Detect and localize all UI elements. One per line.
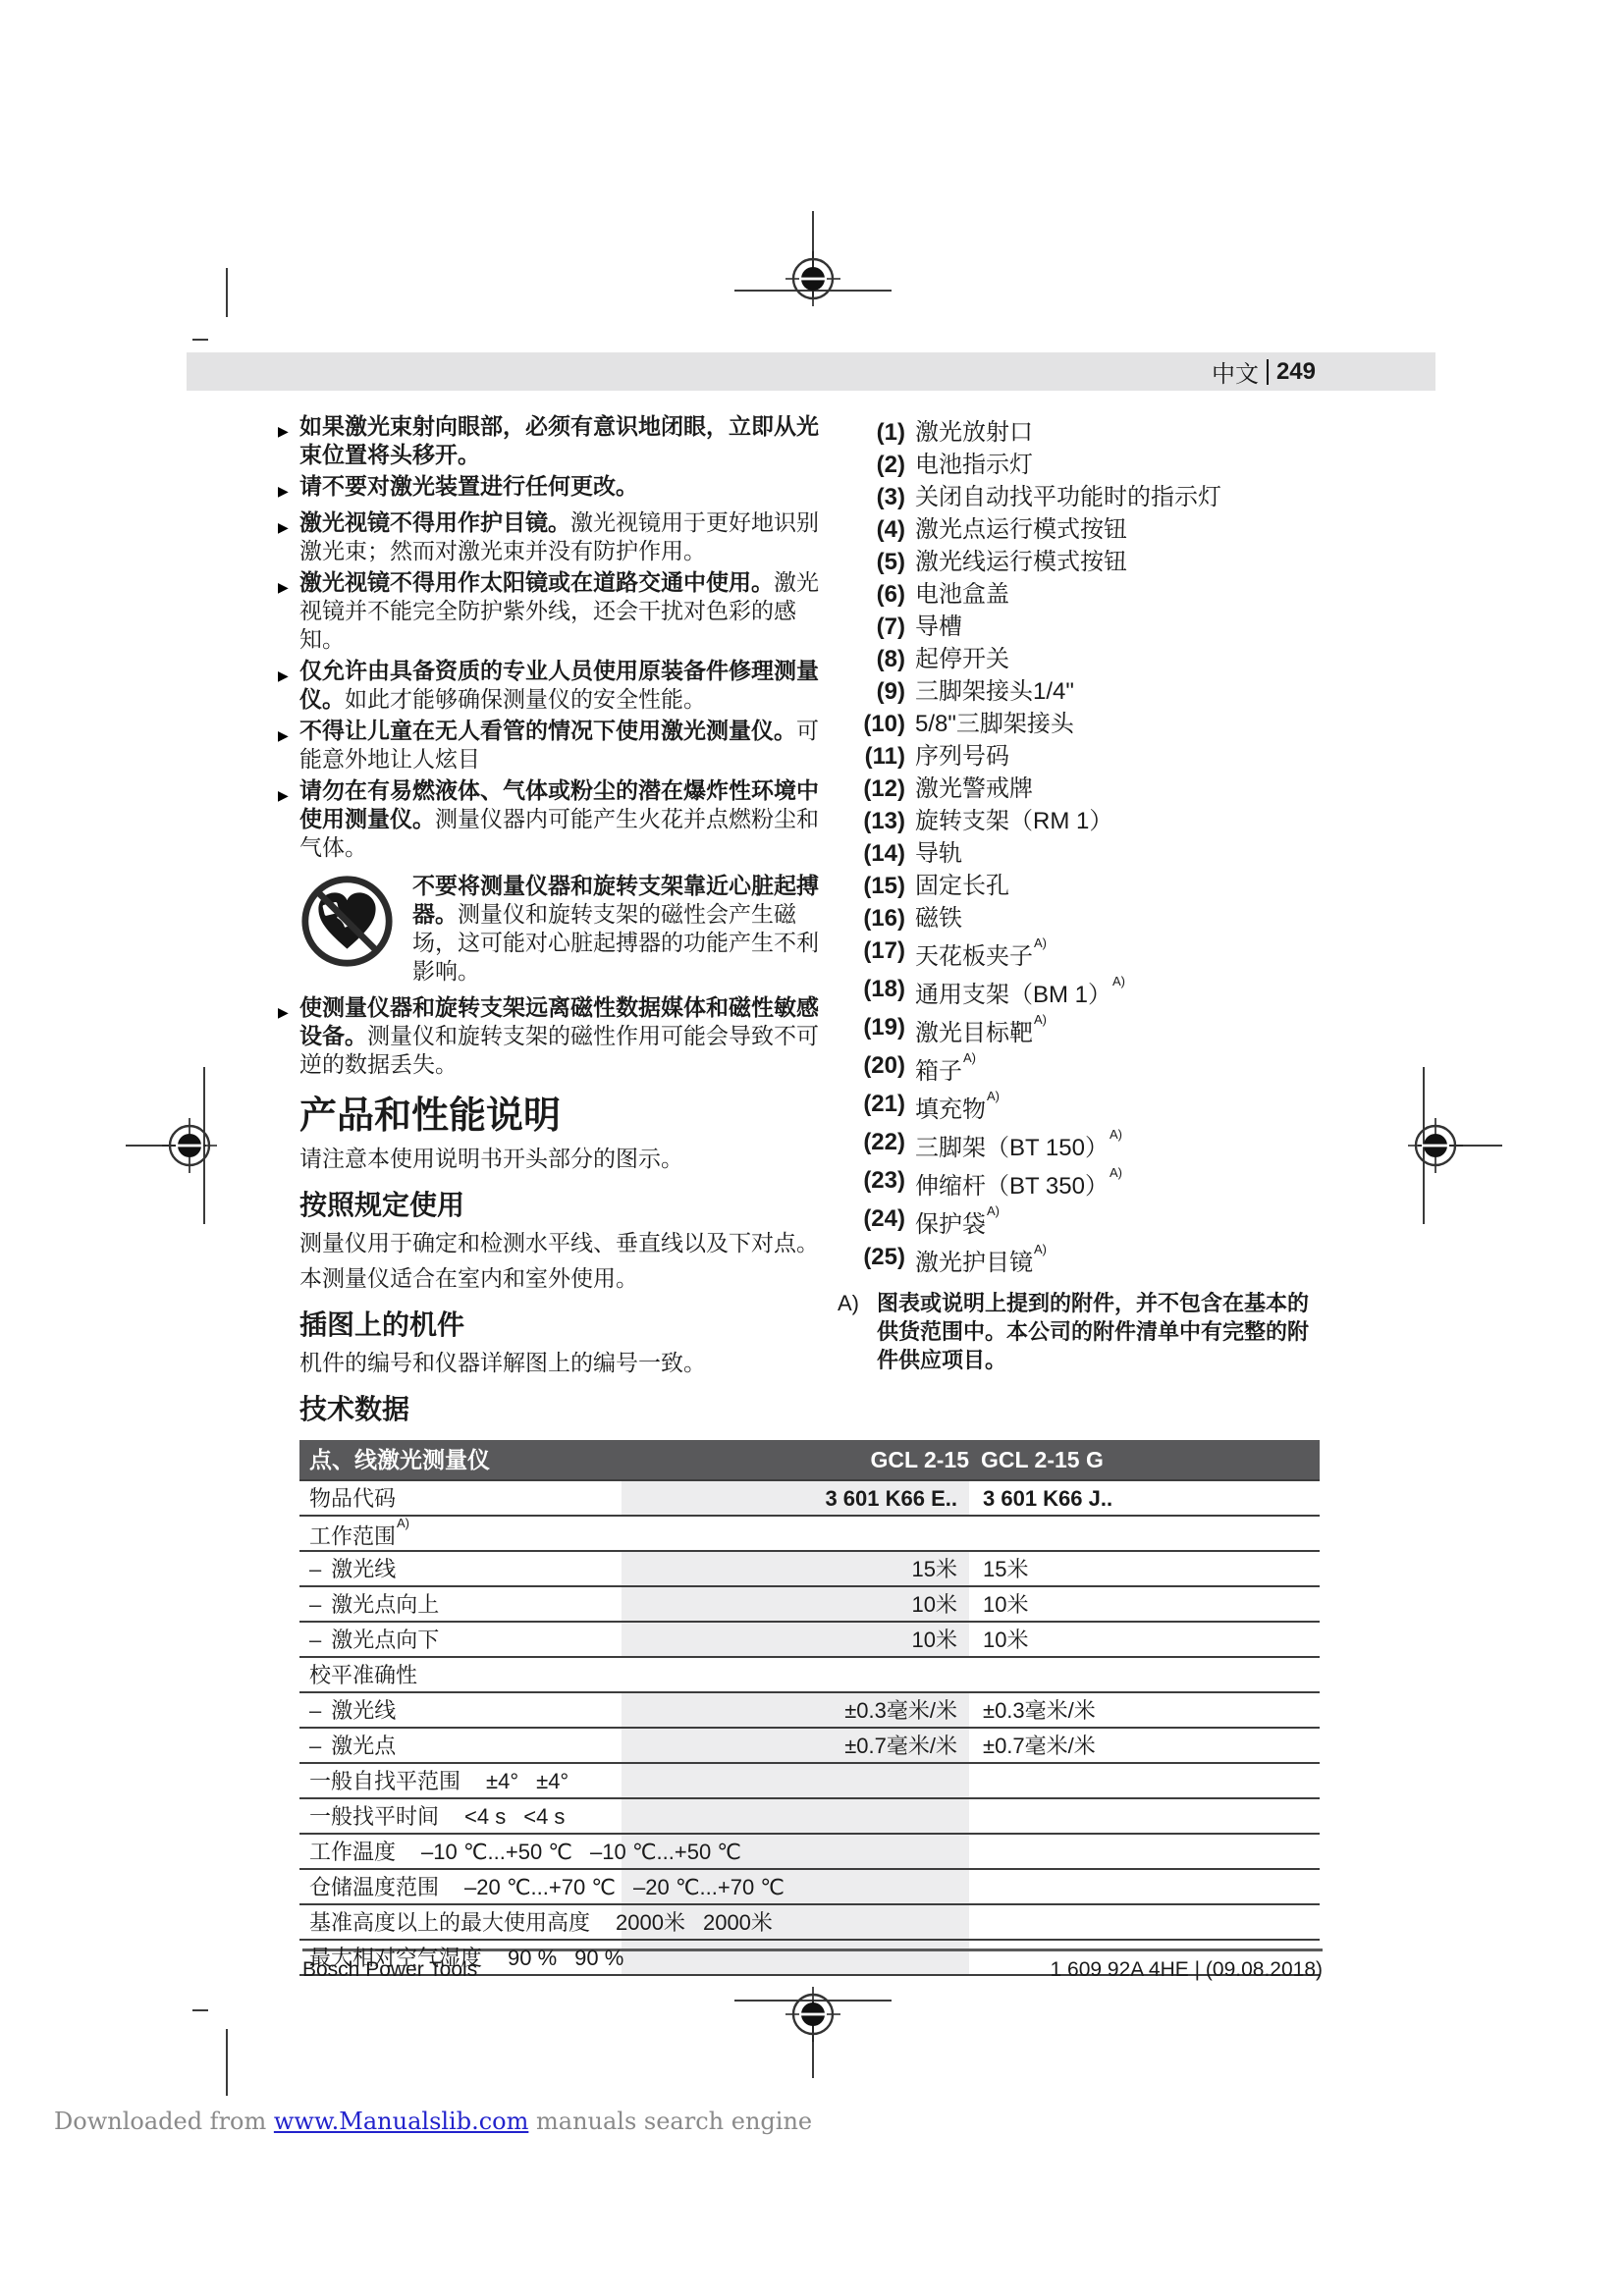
bullet-bold-text: 激光视镜不得用作太阳镜或在道路交通中使用。 xyxy=(299,569,774,595)
part-item: (17)天花板夹子A) xyxy=(850,934,1341,973)
header-page-number: 249 xyxy=(1276,358,1316,386)
part-label: 激光线运行模式按钮 xyxy=(915,546,1127,578)
registration-mark-bottom-icon xyxy=(785,1987,840,2042)
paragraph-components: 机件的编号和仪器详解图上的编号一致。 xyxy=(299,1349,825,1377)
part-footnote-ref: A) xyxy=(1112,974,1125,988)
tech-table-row: 仓储温度范围–20 ℃...+70 ℃–20 ℃...+70 ℃ xyxy=(299,1868,1320,1903)
row-inline-value: 90 % xyxy=(508,1946,557,1970)
tech-table-value-2: 10米 xyxy=(969,1590,1320,1619)
pacemaker-warning: 不要将测量仪器和旋转支架靠近心脏起搏器。测量仪和旋转支架的磁性会产生磁场，这可能… xyxy=(299,872,825,986)
safety-bullet: ▶激光视镜不得用作太阳镜或在道路交通中使用。激光视镜并不能完全防护紫外线，还会干… xyxy=(278,568,825,654)
footer-doc-number: 1 609 92A 4HE | (09.08.2018) xyxy=(930,1958,1323,1982)
row-inline-value: <4 s xyxy=(464,1804,506,1829)
part-number: (1) xyxy=(850,416,905,449)
tech-table-value-1: 10米 xyxy=(622,1590,969,1619)
part-number: (8) xyxy=(850,643,905,675)
row-inline-value: –20 ℃...+70 ℃ xyxy=(633,1875,785,1899)
part-number: (25) xyxy=(850,1241,905,1279)
row-inline-value: –10 ℃...+50 ℃ xyxy=(421,1840,572,1864)
pacemaker-text: 不要将测量仪器和旋转支架靠近心脏起搏器。测量仪和旋转支架的磁性会产生磁场，这可能… xyxy=(412,872,825,986)
tech-table-row: 物品代码3 601 K66 E..3 601 K66 J.. xyxy=(299,1479,1320,1515)
tech-table-gray-band xyxy=(622,1764,969,1797)
row-label-text: 校平准确性 xyxy=(309,1663,417,1687)
part-footnote-ref: A) xyxy=(987,1203,1000,1218)
row-label-text: 激光点向下 xyxy=(331,1628,439,1652)
row-label-text: 仓储温度范围 xyxy=(309,1875,439,1899)
watermark-prefix: Downloaded from xyxy=(54,2108,274,2135)
part-label: 天花板夹子A) xyxy=(915,934,1047,973)
bullet-normal-text: 测量仪和旋转支架的磁性作用可能会导致不可逆的数据丢失。 xyxy=(299,1023,819,1077)
tech-table-row-label: 仓储温度范围–20 ℃...+70 ℃–20 ℃...+70 ℃ xyxy=(299,1873,785,1901)
part-item: (5)激光线运行模式按钮 xyxy=(850,546,1341,578)
part-footnote-ref: A) xyxy=(1034,1012,1047,1027)
watermark-link[interactable]: www.Manualslib.com xyxy=(274,2108,529,2135)
row-inline-value: –20 ℃...+70 ℃ xyxy=(464,1875,616,1899)
bullet-arrow-icon: ▶ xyxy=(278,508,299,565)
part-item: (3)关闭自动找平功能时的指示灯 xyxy=(850,481,1341,513)
part-label: 激光护目镜A) xyxy=(915,1241,1047,1279)
part-label: 固定长孔 xyxy=(915,870,1009,902)
part-item: (6)电池盒盖 xyxy=(850,578,1341,611)
bullet-text: 请勿在有易燃液体、气体或粉尘的潜在爆炸性环境中使用测量仪。测量仪器内可能产生火花… xyxy=(299,776,825,862)
part-label: 激光警戒牌 xyxy=(915,773,1033,805)
paragraph-usage-2: 本测量仪适合在室内和室外使用。 xyxy=(299,1264,825,1293)
page-header-bar: 中文 249 xyxy=(187,352,1435,391)
row-inline-value: 2000米 xyxy=(703,1910,773,1935)
footnote-marker: A) xyxy=(838,1289,877,1374)
part-footnote-ref: A) xyxy=(1110,1165,1122,1180)
bullet-text: 请不要对激光装置进行任何更改。 xyxy=(299,472,825,506)
part-label: 通用支架（BM 1）A) xyxy=(915,973,1125,1011)
row-inline-value: –10 ℃...+50 ℃ xyxy=(590,1840,741,1864)
paragraph-product-intro: 请注意本使用说明书开头部分的图示。 xyxy=(299,1145,825,1173)
part-number: (17) xyxy=(850,934,905,973)
part-label: 5/8"三脚架接头 xyxy=(915,708,1074,740)
bullet-text: 不得让儿童在无人看管的情况下使用激光测量仪。可能意外地让人炫目 xyxy=(299,717,825,774)
paragraph-usage-1: 测量仪用于确定和检测水平线、垂直线以及下对点。 xyxy=(299,1229,825,1257)
row-dash: – xyxy=(309,1628,321,1652)
bullet-text: 仅允许由具备资质的专业人员使用原装备件修理测量仪。如此才能够确保测量仪的安全性能… xyxy=(299,657,825,714)
part-number: (21) xyxy=(850,1088,905,1126)
row-label-text: 激光线 xyxy=(331,1557,396,1581)
part-label: 电池指示灯 xyxy=(915,449,1033,481)
part-number: (6) xyxy=(850,578,905,611)
tech-table-gray-band xyxy=(622,1941,969,1974)
part-label: 三脚架（BT 150）A) xyxy=(915,1126,1122,1164)
part-item: (25)激光护目镜A) xyxy=(850,1241,1341,1279)
part-label: 伸缩杆（BT 350）A) xyxy=(915,1164,1122,1202)
tech-table-value-2: 15米 xyxy=(969,1555,1320,1583)
safety-warning-list: ▶如果激光束射向眼部，必须有意识地闭眼，立即从光束位置将头移开。▶请不要对激光装… xyxy=(278,412,825,862)
row-dash: – xyxy=(309,1557,321,1581)
part-footnote-ref: A) xyxy=(1034,935,1047,950)
row-label-text: 工作范围 xyxy=(309,1523,396,1548)
crop-mark-bottom-left-vertical xyxy=(226,2029,228,2096)
parts-footnote: A) 图表或说明上提到的附件，并不包含在基本的供货范围中。本公司的附件清单中有完… xyxy=(838,1289,1341,1374)
watermark: Downloaded from www.Manualslib.com manua… xyxy=(54,2108,812,2135)
tech-table-row-label: 工作范围A) xyxy=(299,1517,622,1550)
part-number: (4) xyxy=(850,513,905,546)
tech-table-title: 点、线激光测量仪 xyxy=(299,1446,622,1474)
bullet-arrow-icon: ▶ xyxy=(278,776,299,862)
crop-mark-top-left-vertical xyxy=(226,268,228,317)
tech-table-model-2: GCL 2-15 G xyxy=(969,1446,1320,1474)
row-label-text: 一般找平时间 xyxy=(309,1804,439,1829)
part-item: (14)导轨 xyxy=(850,837,1341,870)
tech-table-row-label: –激光线 xyxy=(299,1555,622,1583)
part-item: (20)箱子A) xyxy=(850,1049,1341,1088)
bullet-arrow-icon: ▶ xyxy=(278,568,299,654)
tech-table-value-1: ±0.7毫米/米 xyxy=(622,1732,969,1760)
part-item: (21)填充物A) xyxy=(850,1088,1341,1126)
part-label: 旋转支架（RM 1） xyxy=(915,805,1112,837)
part-item: (12)激光警戒牌 xyxy=(850,773,1341,805)
bullet-arrow-icon: ▶ xyxy=(278,472,299,506)
tech-table-gray-band xyxy=(622,1799,969,1833)
tech-table-value-2: ±0.3毫米/米 xyxy=(969,1696,1320,1725)
part-label: 激光放射口 xyxy=(915,416,1033,449)
row-footnote-ref: A) xyxy=(397,1516,409,1530)
part-number: (13) xyxy=(850,805,905,837)
part-label: 起停开关 xyxy=(915,643,1009,675)
tech-table-row: –激光点±0.7毫米/米±0.7毫米/米 xyxy=(299,1727,1320,1762)
part-item: (15)固定长孔 xyxy=(850,870,1341,902)
part-number: (12) xyxy=(850,773,905,805)
part-number: (15) xyxy=(850,870,905,902)
safety-bullet: ▶不得让儿童在无人看管的情况下使用激光测量仪。可能意外地让人炫目 xyxy=(278,717,825,774)
part-number: (5) xyxy=(850,546,905,578)
safety-bullet: ▶请不要对激光装置进行任何更改。 xyxy=(278,472,825,506)
part-number: (10) xyxy=(850,708,905,740)
bullet-normal-text: 如此才能够确保测量仪的安全性能。 xyxy=(345,686,706,712)
bullet-arrow-icon: ▶ xyxy=(278,412,299,469)
bullet-bold-text: 激光视镜不得用作护目镜。 xyxy=(299,509,570,535)
header-language-label: 中文 xyxy=(1212,354,1259,389)
tech-table-row-label: 一般找平时间<4 s<4 s xyxy=(299,1802,622,1831)
bullet-arrow-icon: ▶ xyxy=(278,717,299,774)
part-number: (19) xyxy=(850,1011,905,1049)
row-label-text: 激光线 xyxy=(331,1698,396,1723)
watermark-suffix: manuals search engine xyxy=(528,2108,812,2135)
part-label: 磁铁 xyxy=(915,902,962,934)
tech-table-row: 工作范围A) xyxy=(299,1515,1320,1550)
part-number: (14) xyxy=(850,837,905,870)
tech-table-model-1: GCL 2-15 xyxy=(622,1446,969,1474)
safety-bullet: ▶如果激光束射向眼部，必须有意识地闭眼，立即从光束位置将头移开。 xyxy=(278,412,825,469)
part-item: (18)通用支架（BM 1）A) xyxy=(850,973,1341,1011)
safety-bullet: ▶使测量仪器和旋转支架远离磁性数据媒体和磁性敏感设备。测量仪和旋转支架的磁性作用… xyxy=(278,993,825,1079)
tech-table-row-label: –激光点 xyxy=(299,1732,622,1760)
bullet-bold-text: 不得让儿童在无人看管的情况下使用激光测量仪。 xyxy=(299,718,796,743)
part-number: (18) xyxy=(850,973,905,1011)
tech-table-row-label: 最大相对空气湿度90 %90 % xyxy=(299,1944,623,1972)
part-number: (22) xyxy=(850,1126,905,1164)
manual-page: 中文 249 ▶如果激光束射向眼部，必须有意识地闭眼，立即从光束位置将头移开。▶… xyxy=(0,0,1624,2296)
part-list: (1)激光放射口(2)电池指示灯(3)关闭自动找平功能时的指示灯(4)激光点运行… xyxy=(850,416,1341,1279)
tech-table-row-label: 基准高度以上的最大使用高度2000米2000米 xyxy=(299,1908,773,1937)
tech-table-row: –激光点向下10米10米 xyxy=(299,1621,1320,1656)
tech-table-row-label: –激光点向上 xyxy=(299,1590,622,1619)
row-inline-value: <4 s xyxy=(523,1804,565,1829)
part-label: 三脚架接头1/4" xyxy=(915,675,1074,708)
row-inline-value: 2000米 xyxy=(616,1910,685,1935)
section-title-components: 插图上的机件 xyxy=(299,1308,825,1342)
tech-table-row: 一般自找平范围±4°±4° xyxy=(299,1762,1320,1797)
part-item: (2)电池指示灯 xyxy=(850,449,1341,481)
tech-table-value-1: ±0.3毫米/米 xyxy=(622,1696,969,1725)
part-number: (2) xyxy=(850,449,905,481)
part-number: (3) xyxy=(850,481,905,513)
tech-table-row: 工作温度–10 ℃...+50 ℃–10 ℃...+50 ℃ xyxy=(299,1833,1320,1868)
bullet-bold-text: 请不要对激光装置进行任何更改。 xyxy=(299,473,638,499)
bullet-bold-text: 如果激光束射向眼部，必须有意识地闭眼，立即从光束位置将头移开。 xyxy=(299,413,819,467)
section-title-usage: 按照规定使用 xyxy=(299,1189,825,1222)
safety-bullet: ▶请勿在有易燃液体、气体或粉尘的潜在爆炸性环境中使用测量仪。测量仪器内可能产生火… xyxy=(278,776,825,862)
section-title-tech-data: 技术数据 xyxy=(299,1393,825,1426)
tech-table-row-label: 一般自找平范围±4°±4° xyxy=(299,1767,622,1795)
safety-bullet: ▶仅允许由具备资质的专业人员使用原装备件修理测量仪。如此才能够确保测量仪的安全性… xyxy=(278,657,825,714)
row-inline-value: 90 % xyxy=(574,1946,623,1970)
row-label-text: 最大相对空气湿度 xyxy=(309,1946,482,1970)
part-number: (20) xyxy=(850,1049,905,1088)
tech-table-row: 校平准确性 xyxy=(299,1656,1320,1691)
tech-table-row: –激光点向上10米10米 xyxy=(299,1585,1320,1621)
tech-table-row: –激光线±0.3毫米/米±0.3毫米/米 xyxy=(299,1691,1320,1727)
part-item: (1)激光放射口 xyxy=(850,416,1341,449)
tech-table-row-label: 工作温度–10 ℃...+50 ℃–10 ℃...+50 ℃ xyxy=(299,1838,741,1866)
tech-table-value-1: 15米 xyxy=(622,1555,969,1583)
registration-mark-top-icon xyxy=(785,251,840,306)
part-item: (10)5/8"三脚架接头 xyxy=(850,708,1341,740)
part-footnote-ref: A) xyxy=(1110,1127,1122,1142)
tech-table-row: –激光线15米15米 xyxy=(299,1550,1320,1585)
footnote-text: 图表或说明上提到的附件，并不包含在基本的供货范围中。本公司的附件清单中有完整的附… xyxy=(877,1289,1328,1374)
tech-table-row: 一般找平时间<4 s<4 s xyxy=(299,1797,1320,1833)
part-label: 电池盒盖 xyxy=(915,578,1009,611)
pacemaker-prohibition-icon xyxy=(299,872,395,986)
header-separator xyxy=(1267,359,1269,385)
tech-table-value-2: 10米 xyxy=(969,1626,1320,1654)
part-number: (7) xyxy=(850,611,905,643)
tech-table-row-label: –激光线 xyxy=(299,1696,622,1725)
registration-mark-left-icon xyxy=(162,1118,217,1173)
part-item: (16)磁铁 xyxy=(850,902,1341,934)
section-title-product: 产品和性能说明 xyxy=(299,1095,825,1138)
tech-table-value-1: 3 601 K66 E.. xyxy=(622,1484,969,1513)
part-item: (9)三脚架接头1/4" xyxy=(850,675,1341,708)
tech-table-value-1: 10米 xyxy=(622,1626,969,1654)
magnet-warning-bullet: ▶使测量仪器和旋转支架远离磁性数据媒体和磁性敏感设备。测量仪和旋转支架的磁性作用… xyxy=(278,993,825,1079)
part-item: (13)旋转支架（RM 1） xyxy=(850,805,1341,837)
bullet-text: 激光视镜不得用作护目镜。激光视镜用于更好地识别激光束；然而对激光束并没有防护作用… xyxy=(299,508,825,565)
row-inline-value: ±4° xyxy=(536,1769,568,1793)
part-item: (23)伸缩杆（BT 350）A) xyxy=(850,1164,1341,1202)
bullet-arrow-icon: ▶ xyxy=(278,993,299,1079)
tech-table-row-label: –激光点向下 xyxy=(299,1626,622,1654)
part-footnote-ref: A) xyxy=(1034,1242,1047,1256)
tech-table-header: 点、线激光测量仪 GCL 2-15 GCL 2-15 G xyxy=(299,1440,1320,1479)
part-number: (24) xyxy=(850,1202,905,1241)
crop-mark-top-left-dash xyxy=(192,339,208,341)
part-number: (11) xyxy=(850,740,905,773)
bullet-text: 激光视镜不得用作太阳镜或在道路交通中使用。激光视镜并不能完全防护紫外线，还会干扰… xyxy=(299,568,825,654)
part-item: (8)起停开关 xyxy=(850,643,1341,675)
bullet-text: 如果激光束射向眼部，必须有意识地闭眼，立即从光束位置将头移开。 xyxy=(299,412,825,469)
tech-data-table: 点、线激光测量仪 GCL 2-15 GCL 2-15 G 物品代码3 601 K… xyxy=(299,1440,1320,1976)
part-item: (4)激光点运行模式按钮 xyxy=(850,513,1341,546)
part-number: (9) xyxy=(850,675,905,708)
row-label-text: 物品代码 xyxy=(309,1486,396,1511)
part-item: (22)三脚架（BT 150）A) xyxy=(850,1126,1341,1164)
part-number: (23) xyxy=(850,1164,905,1202)
safety-bullet: ▶激光视镜不得用作护目镜。激光视镜用于更好地识别激光束；然而对激光束并没有防护作… xyxy=(278,508,825,565)
part-label: 激光点运行模式按钮 xyxy=(915,513,1127,546)
part-label: 箱子A) xyxy=(915,1049,976,1088)
part-item: (7)导槽 xyxy=(850,611,1341,643)
tech-table-body: 物品代码3 601 K66 E..3 601 K66 J..工作范围A)–激光线… xyxy=(299,1479,1320,1974)
bullet-arrow-icon: ▶ xyxy=(278,657,299,714)
part-label: 导槽 xyxy=(915,611,962,643)
row-label-text: 基准高度以上的最大使用高度 xyxy=(309,1910,590,1935)
tech-table-row: 基准高度以上的最大使用高度2000米2000米 xyxy=(299,1903,1320,1939)
tech-table-row-label: 校平准确性 xyxy=(299,1661,622,1689)
row-label-text: 激光点 xyxy=(331,1734,396,1758)
tech-table-row-label: 物品代码 xyxy=(299,1484,622,1513)
part-footnote-ref: A) xyxy=(963,1050,976,1065)
row-dash: – xyxy=(309,1698,321,1723)
part-number: (16) xyxy=(850,902,905,934)
part-label: 保护袋A) xyxy=(915,1202,1000,1241)
part-label: 关闭自动找平功能时的指示灯 xyxy=(915,481,1221,513)
part-footnote-ref: A) xyxy=(987,1089,1000,1103)
registration-mark-right-icon xyxy=(1408,1118,1463,1173)
part-item: (24)保护袋A) xyxy=(850,1202,1341,1241)
row-label-text: 激光点向上 xyxy=(331,1592,439,1617)
left-column: ▶如果激光束射向眼部，必须有意识地闭眼，立即从光束位置将头移开。▶请不要对激光装… xyxy=(278,412,825,1976)
crop-mark-bottom-left-dash xyxy=(192,2009,208,2011)
row-label-text: 工作温度 xyxy=(309,1840,396,1864)
bullet-text: 使测量仪器和旋转支架远离磁性数据媒体和磁性敏感设备。测量仪和旋转支架的磁性作用可… xyxy=(299,993,825,1079)
right-column: (1)激光放射口(2)电池指示灯(3)关闭自动找平功能时的指示灯(4)激光点运行… xyxy=(850,416,1341,1374)
tech-table-value-2: 3 601 K66 J.. xyxy=(969,1484,1320,1513)
row-dash: – xyxy=(309,1734,321,1758)
part-label: 激光目标靶A) xyxy=(915,1011,1047,1049)
tech-table-value-2: ±0.7毫米/米 xyxy=(969,1732,1320,1760)
row-dash: – xyxy=(309,1592,321,1617)
part-item: (11)序列号码 xyxy=(850,740,1341,773)
part-label: 填充物A) xyxy=(915,1088,1000,1126)
part-item: (19)激光目标靶A) xyxy=(850,1011,1341,1049)
part-label: 序列号码 xyxy=(915,740,1009,773)
row-label-text: 一般自找平范围 xyxy=(309,1769,460,1793)
part-label: 导轨 xyxy=(915,837,962,870)
row-inline-value: ±4° xyxy=(486,1769,518,1793)
